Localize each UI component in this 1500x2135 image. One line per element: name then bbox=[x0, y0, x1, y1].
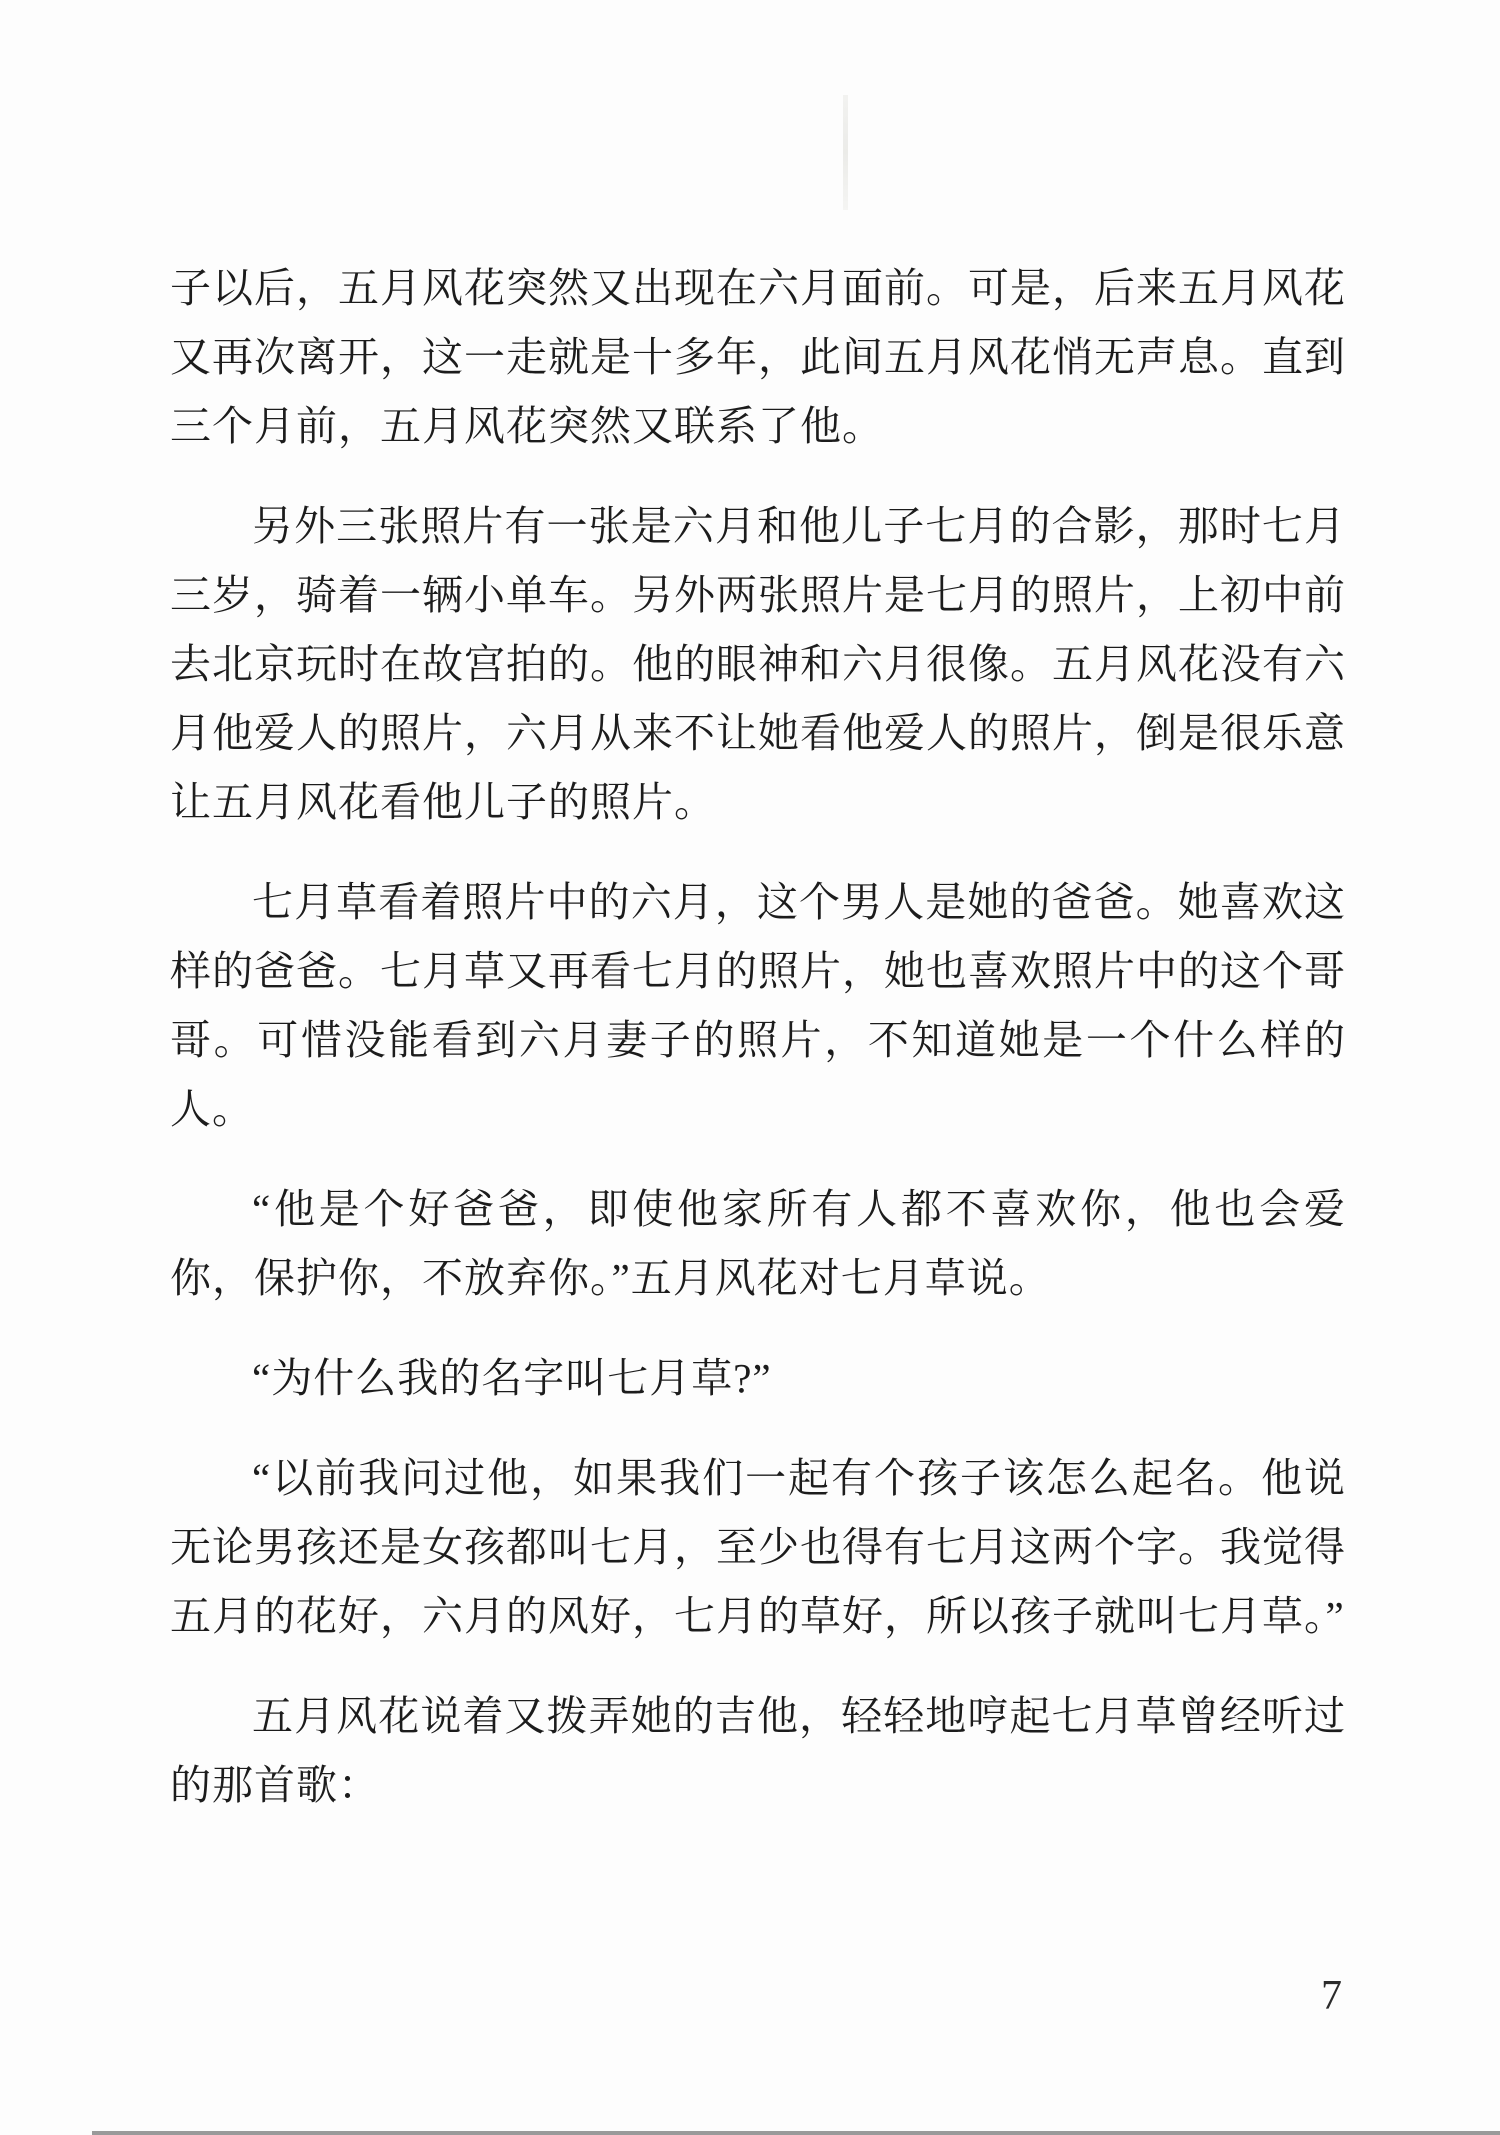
page-number: 7 bbox=[1321, 1972, 1342, 2020]
paragraph: 另外三张照片有一张是六月和他儿子七月的合影，那时七月三岁，骑着一辆小单车。另外两… bbox=[170, 492, 1346, 837]
paragraph: 五月风花说着又拨弄她的吉他，轻轻地哼起七月草曾经听过的那首歌： bbox=[170, 1682, 1346, 1820]
paragraph: 七月草看着照片中的六月，这个男人是她的爸爸。她喜欢这样的爸爸。七月草又再看七月的… bbox=[170, 868, 1346, 1144]
paragraph: 子以后，五月风花突然又出现在六月面前。可是，后来五月风花又再次离开，这一走就是十… bbox=[170, 254, 1346, 461]
scan-artifact-smudge bbox=[843, 95, 848, 210]
book-page: 子以后，五月风花突然又出现在六月面前。可是，后来五月风花又再次离开，这一走就是十… bbox=[0, 0, 1500, 2135]
scan-artifact-line bbox=[92, 2131, 1500, 2135]
paragraph: “他是个好爸爸，即使他家所有人都不喜欢你，他也会爱你，保护你，不放弃你。”五月风… bbox=[170, 1175, 1346, 1313]
paragraph: “为什么我的名字叫七月草?” bbox=[170, 1344, 1346, 1413]
paragraph: “以前我问过他，如果我们一起有个孩子该怎么起名。他说无论男孩还是女孩都叫七月，至… bbox=[170, 1444, 1346, 1651]
text-block: 子以后，五月风花突然又出现在六月面前。可是，后来五月风花又再次离开，这一走就是十… bbox=[170, 254, 1346, 1851]
